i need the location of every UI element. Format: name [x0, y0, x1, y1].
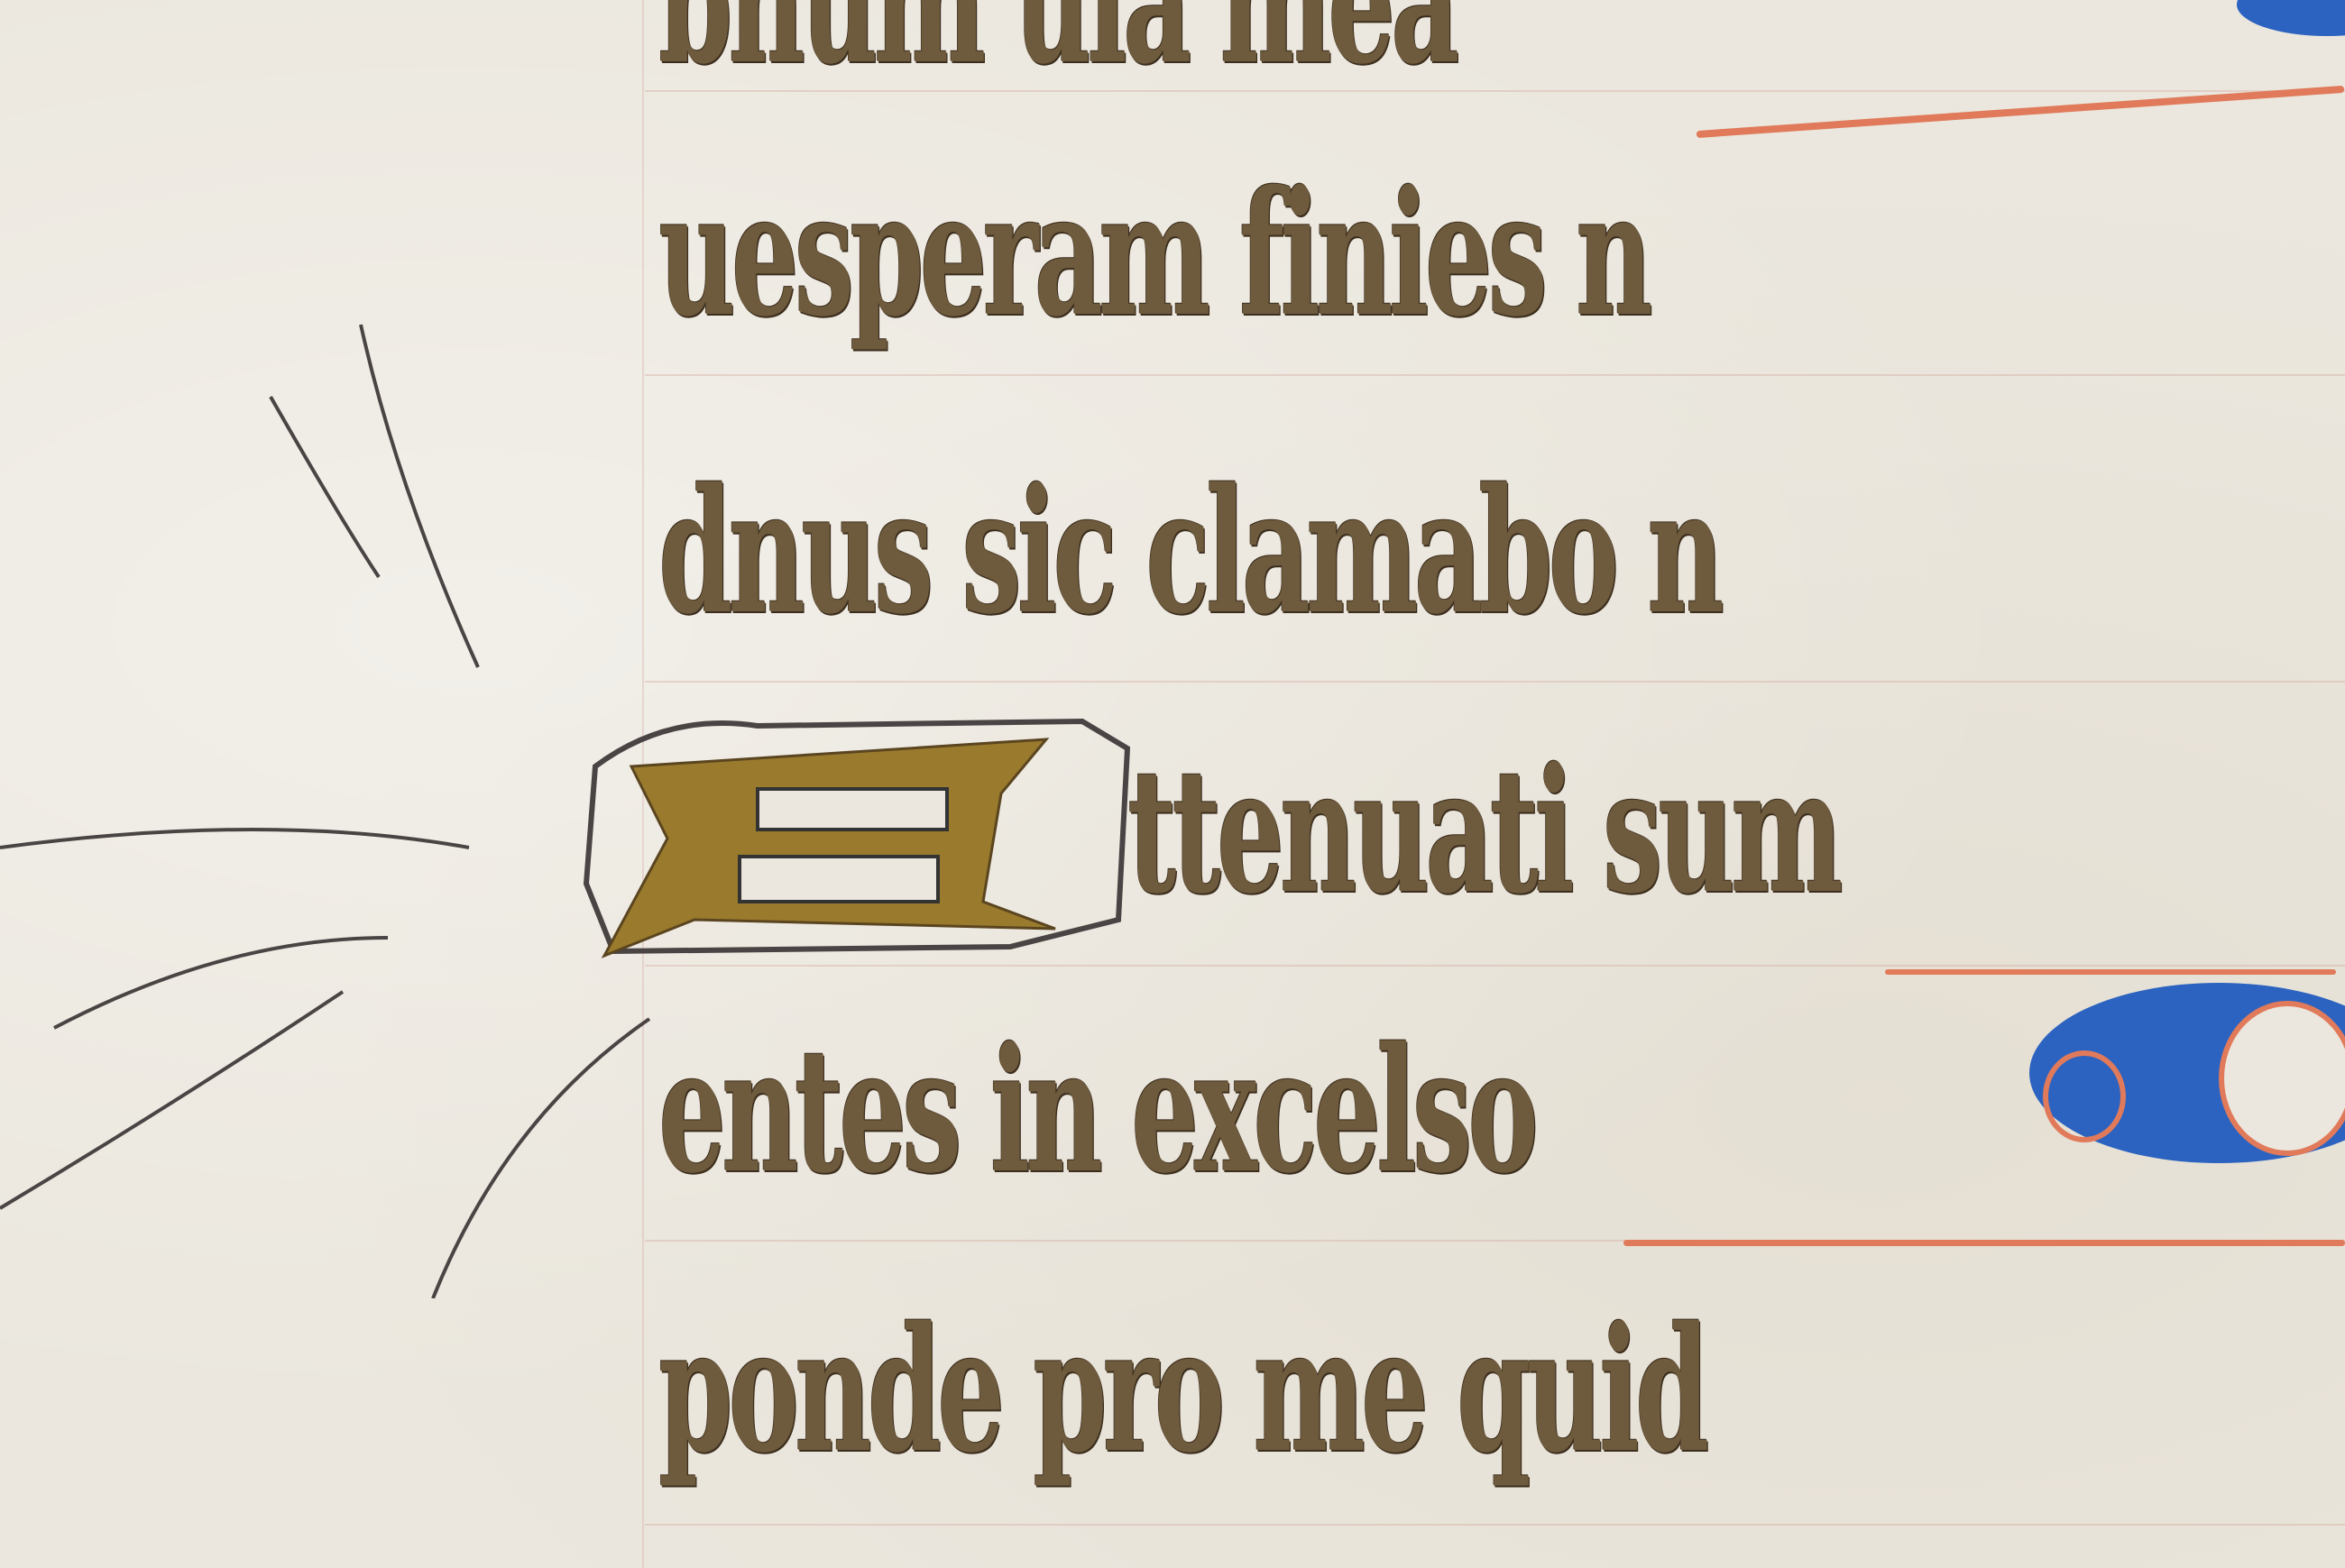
- ruling-line: [645, 681, 2345, 683]
- red-flourish-circle: [2219, 1001, 2345, 1156]
- text-line: ttenuati sum: [1127, 730, 1839, 931]
- red-flourish-line: [1623, 1240, 2345, 1246]
- pen-flourishes: [0, 307, 722, 1298]
- text-line: bnum uia mea: [658, 0, 1455, 102]
- red-flourish-line: [1885, 969, 2336, 975]
- text-line: ponde pro me quid: [658, 1289, 1705, 1490]
- ruling-line: [645, 374, 2345, 376]
- text-line: dnus sic clamabo n: [658, 451, 1720, 652]
- text-line: uesperam finies n: [658, 153, 1649, 354]
- ruling-line: [645, 965, 2345, 967]
- text-line: entes in excelso: [658, 1010, 1534, 1211]
- red-flourish-circle: [2043, 1050, 2126, 1142]
- ruling-line: [645, 1524, 2345, 1526]
